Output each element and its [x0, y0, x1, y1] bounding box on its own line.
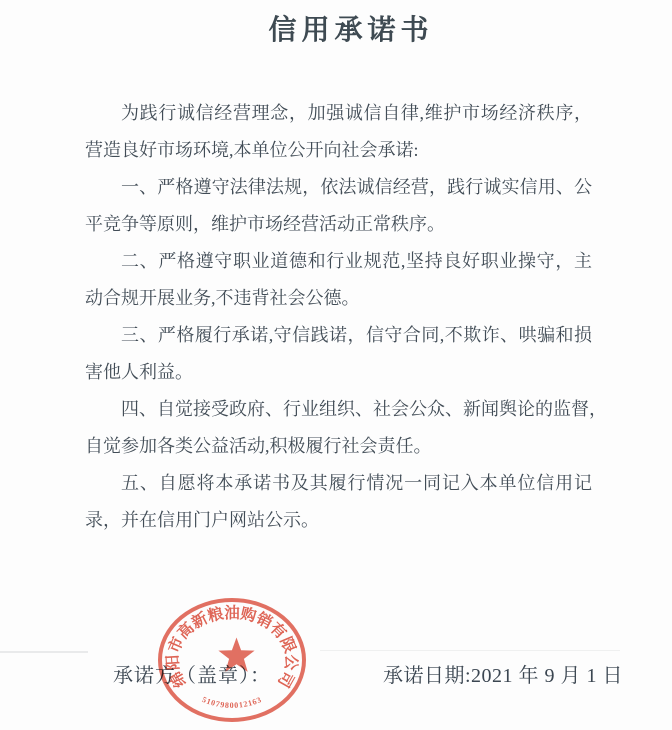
body-line: 五、自愿将本承诺书及其履行情况一同记入本单位信用记 — [85, 465, 592, 502]
body-line: 一、严格遵守法律法规，依法诚信经营，践行诚实信用、公 — [85, 169, 592, 206]
body-line: 二、严格遵守职业道德和行业规范,坚持良好职业操守，主 — [85, 243, 592, 280]
body-line: 录，并在信用门户网站公示。 — [85, 502, 592, 539]
date-label: 承诺日期:2021 年 9 月 1 日 — [383, 659, 623, 688]
seal-number-text: 5107980012163 — [201, 695, 264, 710]
body-line: 动合规开展业务,不违背社会公德。 — [85, 280, 592, 317]
scan-artifact — [0, 651, 88, 653]
page-title: 信用承诺书 — [0, 8, 672, 48]
body-line: 四、自觉接受政府、行业组织、社会公众、新闻舆论的监督， — [85, 391, 592, 428]
document-body: 为践行诚信经营理念，加强诚信自律,维护市场经济秩序， 营造良好市场环境,本单位公… — [85, 95, 592, 539]
body-line: 平竞争等原则，维护市场经营活动正常秩序。 — [85, 206, 592, 243]
svg-text:5107980012163: 5107980012163 — [201, 695, 264, 710]
scan-artifact — [320, 650, 620, 651]
body-line: 营造良好市场环境,本单位公开向社会承诺: — [85, 132, 592, 169]
body-line: 自觉参加各类公益活动,积极履行社会责任。 — [85, 428, 592, 465]
body-line: 三、严格履行承诺,守信践诺，信守合同,不欺诈、哄骗和损 — [85, 317, 592, 354]
body-line: 为践行诚信经营理念，加强诚信自律,维护市场经济秩序， — [85, 95, 592, 132]
body-line: 害他人利益。 — [85, 354, 592, 391]
signer-label: 承诺方（盖章）： — [113, 659, 271, 688]
